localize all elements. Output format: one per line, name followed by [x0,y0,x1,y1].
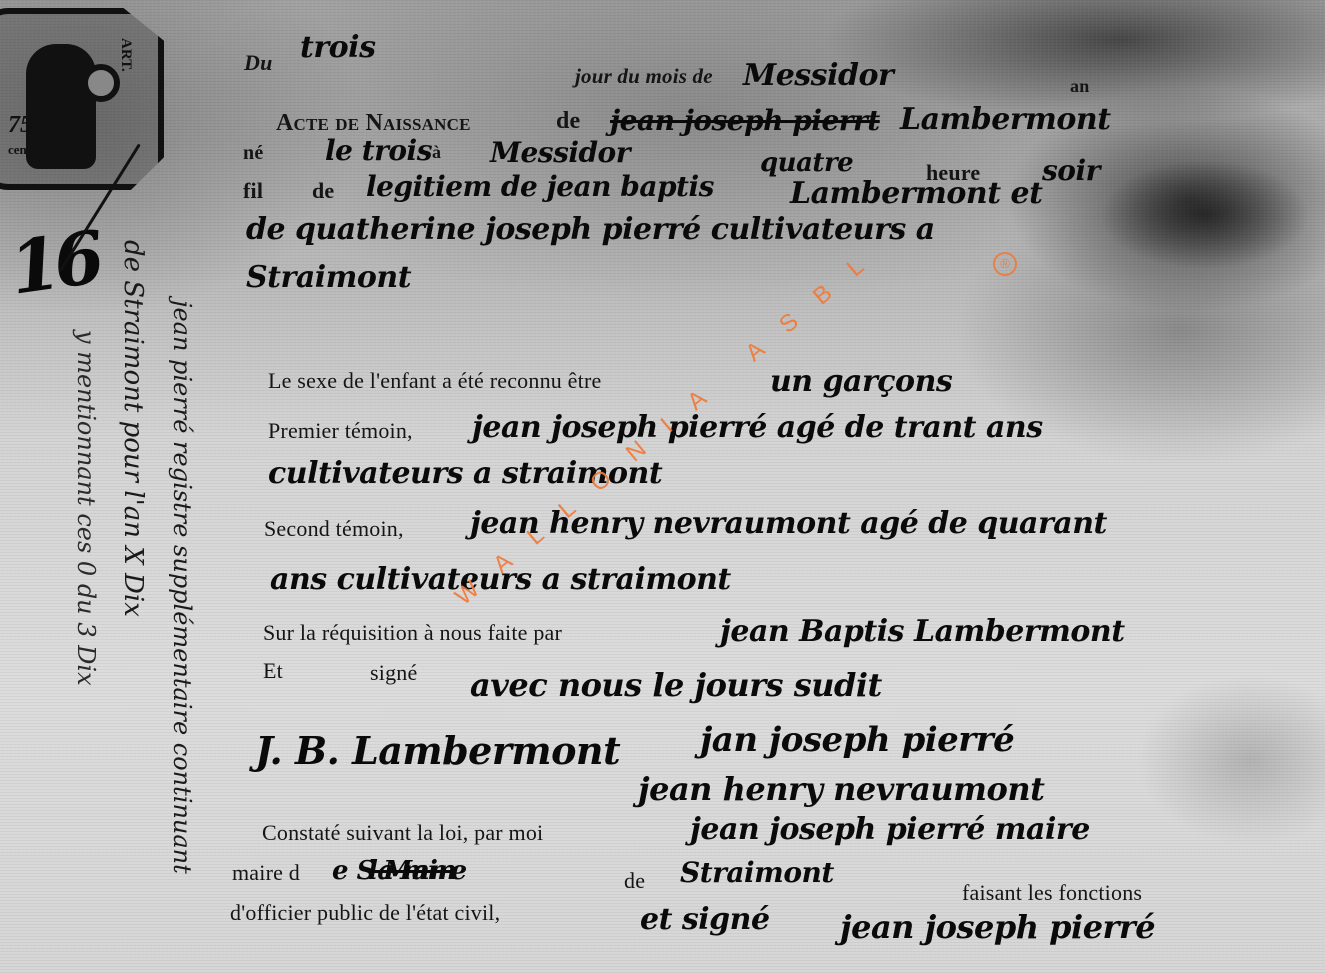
value-sex: un garçons [770,364,952,399]
value-child-name-struck: jean joseph pierrt [610,104,880,137]
value-place: Straimont [246,260,411,295]
margin-note-3: y mentionnant ces 0 du 3 Dix [72,330,100,686]
value-parents-2: de quatherine joseph pierré cultivateurs… [246,212,935,247]
label-sex: Le sexe de l'enfant a été reconnu être [268,368,601,394]
signature-officer: jean joseph pierré [840,908,1155,946]
label-mayor: maire d [232,860,300,886]
label-an: an [1070,76,1089,97]
label-de: de [556,108,580,135]
label-et: Et [263,658,283,684]
fiscal-stamp: ART. 75. cen [0,8,164,190]
registered-trademark-icon: ® [993,252,1017,276]
record-number: 16 [5,214,104,310]
seated-figure-icon [26,44,96,169]
label-fil: fil [243,178,263,204]
value-attested-by: jean joseph pierré maire [690,812,1090,847]
paper-grain [0,0,1325,973]
signature-witness-2: jean henry nevraumont [638,770,1044,808]
value-signed-with: avec nous le jours sudit [470,666,882,704]
label-requisition: Sur la réquisition à nous faite par [263,620,562,646]
ink-blot [1100,160,1310,270]
label-mayor-de: de [624,868,645,894]
label-functions: faisant les fonctions [962,880,1142,906]
stamp-number: 75. [8,112,38,139]
value-witness-1-line1: jean joseph pierré agé de trant ans [472,410,1043,445]
value-parents-1b: Lambermont et [790,176,1042,211]
signature-witness-1: jan joseph pierré [700,720,1014,760]
stamp-side-text: ART. [114,38,134,72]
value-child-surname: Lambermont [900,102,1111,137]
value-month: Messidor [743,58,893,93]
label-witness-2: Second témoin, [264,516,404,542]
label-ne: né [243,142,263,165]
document-scan: ART. 75. cen 16 de Straimont pour l'an X… [0,0,1325,973]
label-witness-1: Premier témoin, [268,418,413,444]
margin-note-1: de Straimont pour l'an X Dix [118,240,148,617]
value-time-of-day: soir [1042,154,1100,187]
stamp-sub: cen [8,142,27,158]
margin-note-2: jean pierré registre supplémentaire cont… [168,300,196,874]
label-signe: signé [370,660,417,686]
label-a: à [432,142,441,163]
label-jour-du-mois: jour du mois de [575,64,713,89]
title-acte-de-naissance: Acte de Naissance [276,110,471,137]
value-requisition-by: jean Baptis Lambermont [720,614,1125,649]
label-officer: d'officier public de l'état civil, [230,900,500,926]
value-mayor-commune: e S Maire [332,856,467,886]
value-officer-signed: et signé [640,902,770,937]
value-birth-hour: quatre [760,148,853,178]
signature-declarant: J. B. Lambermont [255,728,620,773]
value-mayor-place: Straimont [680,856,834,889]
label-attested: Constaté suivant la loi, par moi [262,820,543,846]
value-day: trois [300,30,375,65]
value-birth-month: Messidor [490,136,630,169]
label-du: Du [244,50,273,76]
value-birth-day: le trois [325,134,432,167]
value-parents-1a: legitiem de jean baptis [366,170,714,203]
label-fil-de: de [312,178,334,204]
